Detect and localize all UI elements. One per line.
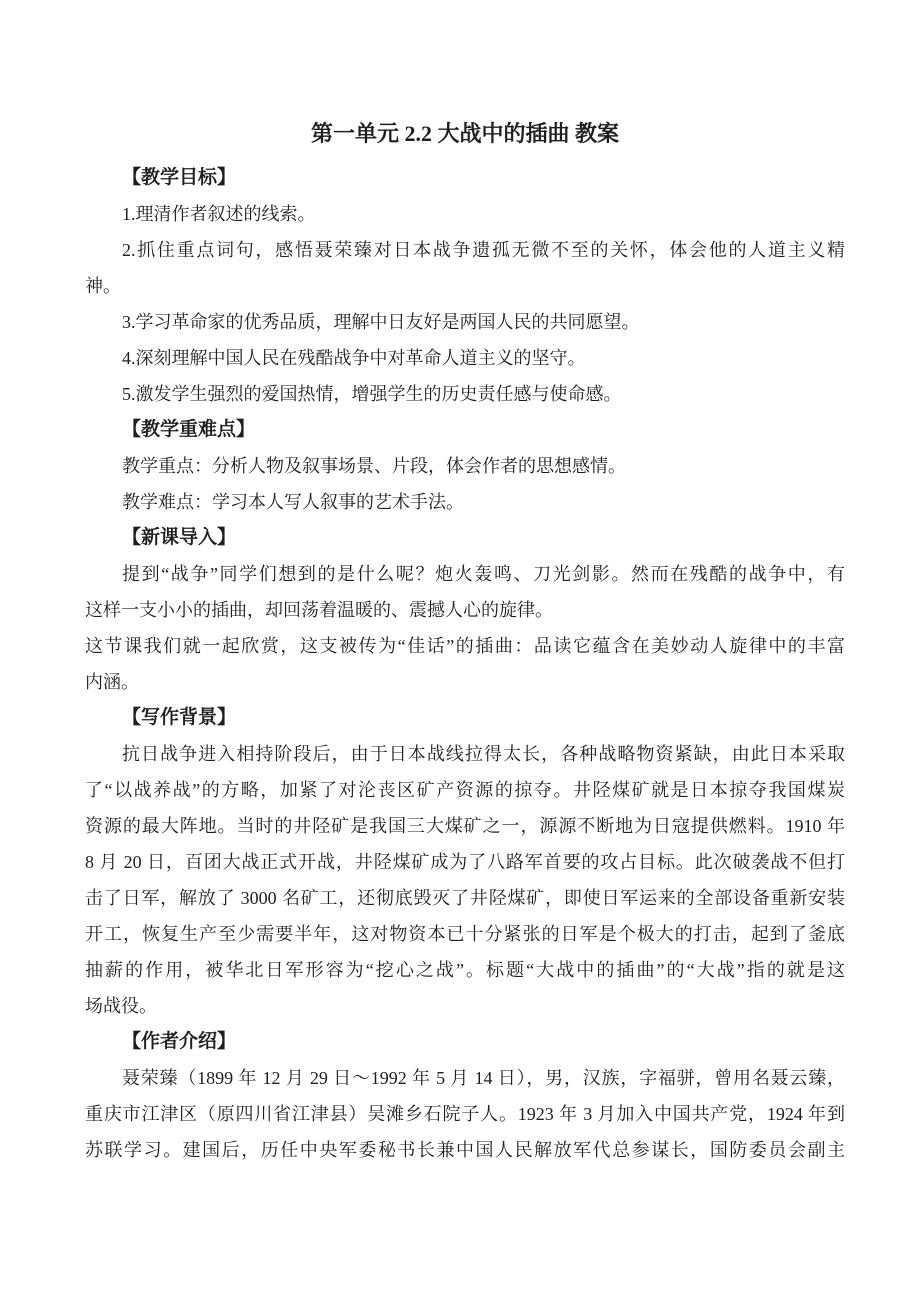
text-line: 教学难点：学习本人写人叙事的艺术手法。 [85,484,845,520]
text-line: 苏联学习。建国后，历任中央军委秘书长兼中国人民解放军代总参谋长，国防委员会副主 [85,1132,845,1168]
text-line: 抗日战争进入相持阶段后，由于日本战线拉得太长，各种战略物资紧缺，由此日本采取 [85,736,845,772]
text-line: 场战役。 [85,988,845,1024]
document-title: 第一单元 2.2 大战中的插曲 教案 [85,116,845,152]
section-heading: 【写作背景】 [85,700,845,736]
text-line: 3.学习革命家的优秀品质，理解中日友好是两国人民的共同愿望。 [85,304,845,340]
text-line: 聂荣臻（1899 年 12 月 29 日～1992 年 5 月 14 日），男，… [85,1060,845,1096]
text-line: 抽薪的作用，被华北日军形容为“挖心之战”。标题“大战中的插曲”的“大战”指的就是… [85,952,845,988]
text-line: 这样一支小小的插曲，却回荡着温暖的、震撼人心的旋律。 [85,592,845,628]
text-line: 教学重点：分析人物及叙事场景、片段，体会作者的思想感情。 [85,448,845,484]
document-page: 第一单元 2.2 大战中的插曲 教案 【教学目标】1.理清作者叙述的线索。2.抓… [0,0,920,1302]
text-line: 资源的最大阵地。当时的井陉矿是我国三大煤矿之一，源源不断地为日寇提供燃料。191… [85,808,845,844]
text-line: 内涵。 [85,664,845,700]
text-line: 2.抓住重点词句，感悟聂荣臻对日本战争遗孤无微不至的关怀，体会他的人道主义精 [85,232,845,268]
text-line: 重庆市江津区（原四川省江津县）吴滩乡石院子人。1923 年 3 月加入中国共产党… [85,1096,845,1132]
section-heading: 【教学目标】 [85,160,845,196]
text-line: 击了日军，解放了 3000 名矿工，还彻底毁灭了井陉煤矿，即使日军运来的全部设备… [85,880,845,916]
section-heading: 【教学重难点】 [85,412,845,448]
text-line: 1.理清作者叙述的线索。 [85,196,845,232]
section-heading: 【作者介绍】 [85,1024,845,1060]
document-content: 【教学目标】1.理清作者叙述的线索。2.抓住重点词句，感悟聂荣臻对日本战争遗孤无… [85,160,845,1168]
text-line: 8 月 20 日，百团大战正式开战，井陉煤矿成为了八路军首要的攻占目标。此次破袭… [85,844,845,880]
text-line: 提到“战争”同学们想到的是什么呢？炮火轰鸣、刀光剑影。然而在残酷的战争中，有 [85,556,845,592]
text-line: 神。 [85,268,845,304]
text-line: 了“以战养战”的方略，加紧了对沦丧区矿产资源的掠夺。井陉煤矿就是日本掠夺我国煤炭 [85,772,845,808]
section-heading: 【新课导入】 [85,520,845,556]
text-line: 这节课我们就一起欣赏，这支被传为“佳话”的插曲：品读它蕴含在美妙动人旋律中的丰富 [85,628,845,664]
text-line: 4.深刻理解中国人民在残酷战争中对革命人道主义的坚守。 [85,340,845,376]
text-line: 5.激发学生强烈的爱国热情，增强学生的历史责任感与使命感。 [85,376,845,412]
text-line: 开工，恢复生产至少需要半年，这对物资本已十分紧张的日军是个极大的打击，起到了釜底 [85,916,845,952]
